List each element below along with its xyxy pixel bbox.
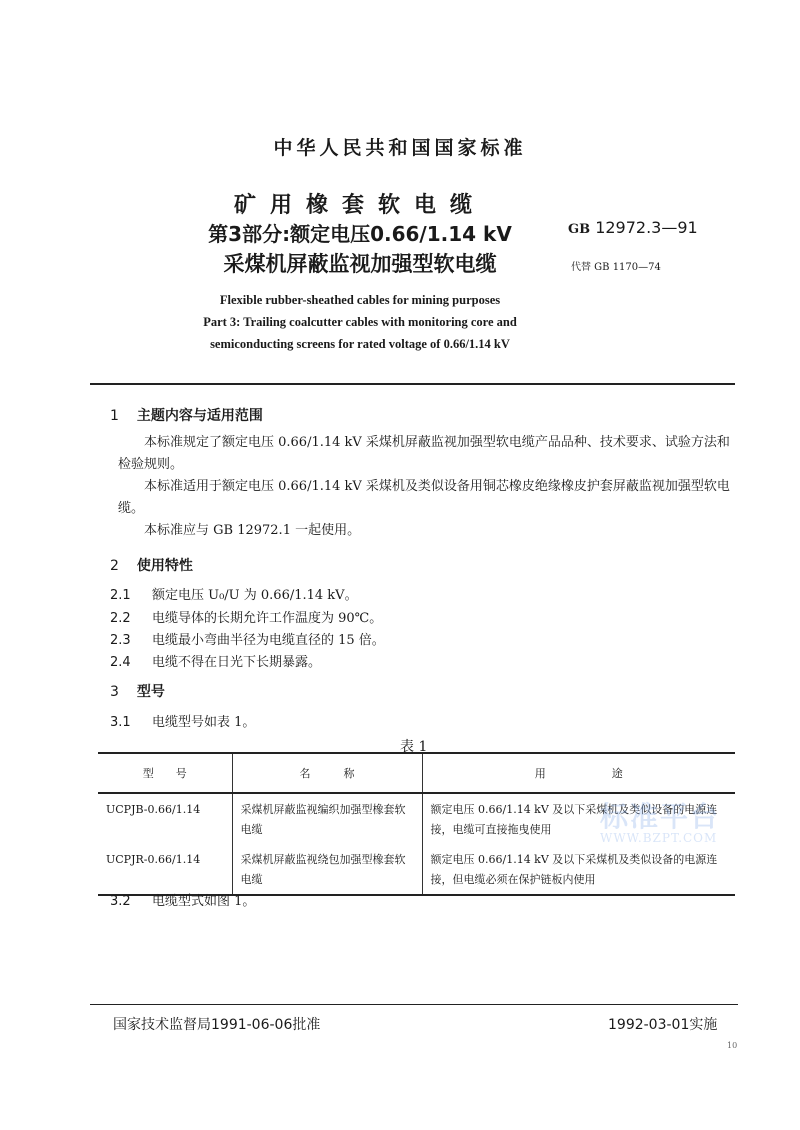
replaces-standard: 代替 GB 1170—74 (571, 258, 661, 273)
page-number: 10 (727, 1041, 737, 1050)
header-usage: 用 途 (422, 753, 735, 793)
item-number: 2.2 (110, 611, 152, 626)
document-subtitle-name: 采煤机屏蔽监视加强型软电缆 (180, 248, 540, 278)
section-number: 3 (110, 684, 132, 700)
list-item: 2.1额定电压 U₀/U 为 0.66/1.14 kV。 (110, 584, 358, 603)
cell-model: UCPJB-0.66/1.14 (98, 793, 232, 844)
english-title-line1: Flexible rubber-sheathed cables for mini… (180, 293, 540, 308)
list-item: 2.3电缆最小弯曲半径为电缆直径的 15 倍。 (110, 629, 385, 648)
cell-name: 采煤机屏蔽监视绕包加强型橡套软电缆 (232, 844, 422, 895)
list-item: 2.2电缆导体的长期允许工作温度为 90℃。 (110, 607, 382, 626)
english-title-line2: Part 3: Trailing coalcutter cables with … (180, 315, 540, 330)
section-title: 型号 (137, 684, 165, 700)
header-divider (90, 383, 735, 385)
item-text: 额定电压 U₀/U 为 0.66/1.14 kV。 (152, 588, 358, 603)
standard-number: GB 12972.3—91 (568, 218, 698, 237)
standard-number-value: 12972.3—91 (595, 218, 698, 237)
document-title: 矿用橡套软电缆 (180, 188, 540, 219)
section-number: 1 (110, 408, 132, 424)
cell-model: UCPJR-0.66/1.14 (98, 844, 232, 895)
section-3-heading: 3 型号 (110, 681, 165, 701)
section-title: 主题内容与适用范围 (137, 408, 263, 424)
item-text: 电缆型号如表 1。 (152, 715, 255, 730)
paragraph: 本标准规定了额定电压 0.66/1.14 kV 采煤机屏蔽监视加强型软电缆产品品… (118, 432, 736, 476)
national-standard-heading: 中华人民共和国国家标准 (0, 133, 800, 160)
approval-date: 国家技术监督局1991-06-06批准 (113, 1014, 320, 1034)
table-row: UCPJB-0.66/1.14 采煤机屏蔽监视编织加强型橡套软电缆 额定电压 0… (98, 793, 735, 844)
document-subtitle-part: 第3部分:额定电压0.66/1.14 kV (180, 218, 540, 247)
list-item: 2.4电缆不得在日光下长期暴露。 (110, 651, 321, 670)
cell-usage: 额定电压 0.66/1.14 kV 及以下采煤机及类似设备的电源连接，但电缆必须… (422, 844, 735, 895)
effective-date: 1992-03-01实施 (608, 1014, 717, 1034)
standard-prefix: GB (568, 222, 590, 237)
table-header-row: 型 号 名 称 用 途 (98, 753, 735, 793)
section-2-heading: 2 使用特性 (110, 555, 193, 575)
item-number: 2.1 (110, 588, 152, 603)
table-row: UCPJR-0.66/1.14 采煤机屏蔽监视绕包加强型橡套软电缆 额定电压 0… (98, 844, 735, 895)
item-text: 电缆导体的长期允许工作温度为 90℃。 (152, 611, 382, 626)
item-number: 2.4 (110, 655, 152, 670)
item-number: 2.3 (110, 633, 152, 648)
cell-name: 采煤机屏蔽监视编织加强型橡套软电缆 (232, 793, 422, 844)
section-1-heading: 1 主题内容与适用范围 (110, 405, 263, 425)
english-title-line3: semiconducting screens for rated voltage… (180, 337, 540, 352)
footer-divider (90, 1004, 738, 1005)
section-number: 2 (110, 558, 132, 574)
item-number: 3.2 (110, 894, 152, 909)
list-item: 3.1电缆型号如表 1。 (110, 711, 255, 730)
item-text: 电缆最小弯曲半径为电缆直径的 15 倍。 (152, 633, 385, 648)
cable-model-table: 型 号 名 称 用 途 UCPJB-0.66/1.14 采煤机屏蔽监视编织加强型… (98, 752, 735, 896)
header-model: 型 号 (98, 753, 232, 793)
paragraph: 本标准适用于额定电压 0.66/1.14 kV 采煤机及类似设备用铜芯橡皮绝缘橡… (118, 476, 736, 520)
item-text: 电缆不得在日光下长期暴露。 (152, 655, 321, 670)
section-title: 使用特性 (137, 558, 193, 574)
list-item: 3.2电缆型式如图 1。 (110, 890, 255, 909)
item-text: 电缆型式如图 1。 (152, 894, 255, 909)
header-name: 名 称 (232, 753, 422, 793)
cell-usage: 额定电压 0.66/1.14 kV 及以下采煤机及类似设备的电源连接，电缆可直接… (422, 793, 735, 844)
paragraph: 本标准应与 GB 12972.1 一起使用。 (118, 520, 736, 542)
item-number: 3.1 (110, 715, 152, 730)
